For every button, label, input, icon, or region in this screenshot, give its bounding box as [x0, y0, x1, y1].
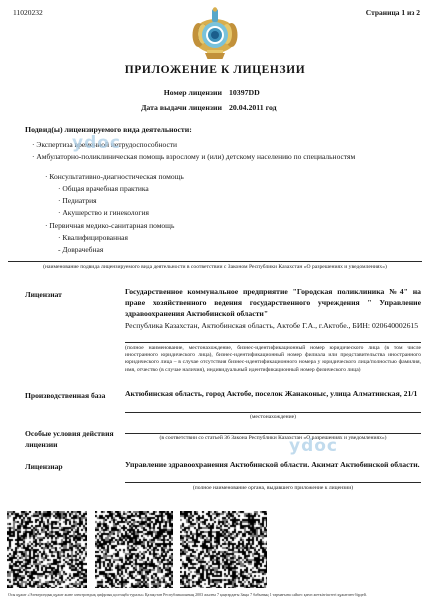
page-indicator: Страница 1 из 2: [366, 8, 420, 17]
subtype-item: · Экспертиза временной нетрудоспособност…: [0, 139, 420, 151]
licensee-address: Республика Казахстан, Актюбинская област…: [125, 321, 421, 331]
subtype-item: · Амбулаторно-поликлиническая помощь взр…: [0, 151, 420, 163]
subtype-item: · Консультативно-диагностическая помощь: [0, 171, 420, 183]
license-number-label: Номер лицензии: [0, 88, 222, 97]
license-number-row: Номер лицензии 10397DD: [0, 88, 430, 97]
page-title: ПРИЛОЖЕНИЕ К ЛИЦЕНЗИИ: [0, 64, 430, 76]
qr-code-2: [95, 511, 173, 588]
license-date-label: Дата выдачи лицензии: [0, 103, 222, 112]
subtype-item: · Общая врачебная практика: [0, 183, 420, 195]
license-annex-document: 11020232 Страница 1 из 2 ПРИЛОЖЕНИЕ К ЛИ…: [0, 0, 430, 600]
subtype-item: · Педиатрия: [0, 195, 420, 207]
license-date-row: Дата выдачи лицензии 20.04.2011 год: [0, 103, 430, 112]
licensee-name: Государственное коммунальное предприятие…: [125, 286, 421, 319]
subtype-item: · Акушерство и гинекология: [0, 207, 420, 219]
license-number-value: 10397DD: [229, 88, 260, 97]
kazakhstan-coat-of-arms-icon: [192, 6, 238, 62]
licensee-caption: (полное наименование, местонахождение, б…: [125, 345, 421, 374]
special-conditions-label: Особые условия действия лицензии: [25, 429, 125, 450]
qr-code-3: [180, 511, 267, 588]
licensor-value: Управление здравоохранения Актюбинской о…: [125, 459, 421, 470]
subtypes-list: · Экспертиза временной нетрудоспособност…: [0, 139, 420, 257]
subtype-item: - Доврачебная: [0, 244, 420, 256]
license-date-value: 20.04.2011 год: [229, 103, 277, 112]
special-conditions-caption: (в соответствии со статьей 36 Закона Рес…: [125, 435, 421, 442]
divider: [8, 261, 422, 262]
production-base-value: Актюбинская область, город Актобе, посел…: [125, 388, 421, 399]
divider: [125, 433, 421, 434]
licensor-caption: (полное наименование органа, выдавшего п…: [125, 485, 421, 492]
subtypes-heading: Подвид(ы) лицензируемого вида деятельнос…: [25, 125, 192, 134]
licensor-label: Лицензиар: [25, 462, 125, 473]
subtype-item: · Квалифицированная: [0, 232, 420, 244]
subtype-item: · Первичная медико-санитарная помощь: [0, 220, 420, 232]
divider: [125, 482, 421, 483]
production-base-caption: (местонахождение): [125, 414, 421, 421]
legal-footer-text: Осы құжат «Электрондық құжат және электр…: [8, 592, 422, 597]
document-number: 11020232: [13, 8, 43, 17]
licensee-label: Лицензиат: [25, 290, 125, 301]
production-base-label: Производственная база: [25, 391, 125, 402]
divider: [125, 342, 421, 343]
subtypes-caption: (наименование подвида лицензируемого вид…: [25, 264, 405, 271]
divider: [125, 412, 421, 413]
qr-code-1: [7, 511, 87, 588]
